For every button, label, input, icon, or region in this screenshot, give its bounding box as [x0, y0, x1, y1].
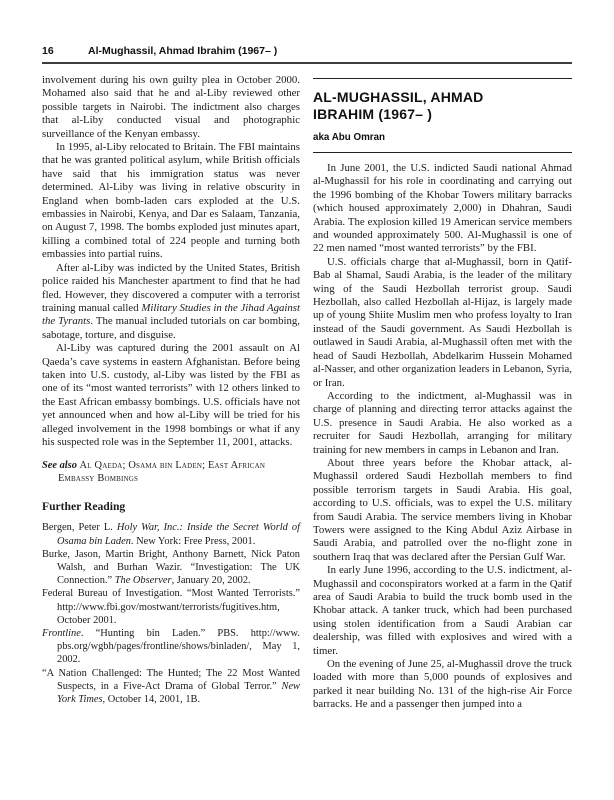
paragraph: After al-Liby was indicted by the United… — [42, 262, 300, 342]
page-number: 16 — [42, 45, 88, 57]
bibliography-entry: Frontline. “Hunting bin Laden.” PBS. htt… — [42, 627, 300, 667]
paragraph: According to the indictment, al-Mughassi… — [313, 390, 572, 457]
bibliography-entry: Burke, Jason, Martin Bright, Anthony Bar… — [42, 548, 300, 588]
paragraph: Al-Liby was captured during the 2001 ass… — [42, 342, 300, 449]
bibliography-entry: “A Nation Challenged: The Hunted; The 22… — [42, 667, 300, 707]
entry-body: In June 2001, the U.S. indicted Saudi na… — [313, 162, 572, 712]
paragraph: In 1995, al-Liby relocated to Britain. T… — [42, 141, 300, 262]
right-column: AL-MUGHASSIL, AHMAD IBRAHIM (1967– ) aka… — [313, 74, 572, 712]
paragraph: About three years before the Khobar atta… — [313, 457, 572, 564]
entry-header: AL-MUGHASSIL, AHMAD IBRAHIM (1967– ) aka… — [313, 78, 572, 153]
paragraph: involvement during his own guilty plea i… — [42, 74, 300, 141]
bibliography-entry: Federal Bureau of Investigation. “Most W… — [42, 587, 300, 627]
running-head: 16 Al-Mughassil, Ahmad Ibrahim (1967– ) — [42, 45, 572, 64]
entry-alias: aka Abu Omran — [313, 132, 572, 143]
paragraph: In early June 1996, according to the U.S… — [313, 564, 572, 658]
book-page: 16 Al-Mughassil, Ahmad Ibrahim (1967– ) … — [0, 0, 614, 800]
entry-title-line1: AL-MUGHASSIL, AHMAD — [313, 89, 572, 106]
see-also-note: See also Al Qaeda; Osama bin Laden; East… — [42, 459, 300, 485]
running-title: Al-Mughassil, Ahmad Ibrahim (1967– ) — [88, 45, 277, 57]
left-column: involvement during his own guilty plea i… — [42, 74, 300, 712]
bibliography: Bergen, Peter L. Holy War, Inc.: Inside … — [42, 521, 300, 706]
paragraph: U.S. officials charge that al-Mughassil,… — [313, 256, 572, 390]
further-reading-heading: Further Reading — [42, 500, 300, 513]
entry-title-line2: IBRAHIM (1967– ) — [313, 106, 572, 123]
bibliography-entry: Bergen, Peter L. Holy War, Inc.: Inside … — [42, 521, 300, 547]
two-column-layout: involvement during his own guilty plea i… — [42, 74, 572, 712]
article-body-continued: involvement during his own guilty plea i… — [42, 74, 300, 449]
paragraph: In June 2001, the U.S. indicted Saudi na… — [313, 162, 572, 256]
paragraph: On the evening of June 25, al-Mughassil … — [313, 658, 572, 712]
